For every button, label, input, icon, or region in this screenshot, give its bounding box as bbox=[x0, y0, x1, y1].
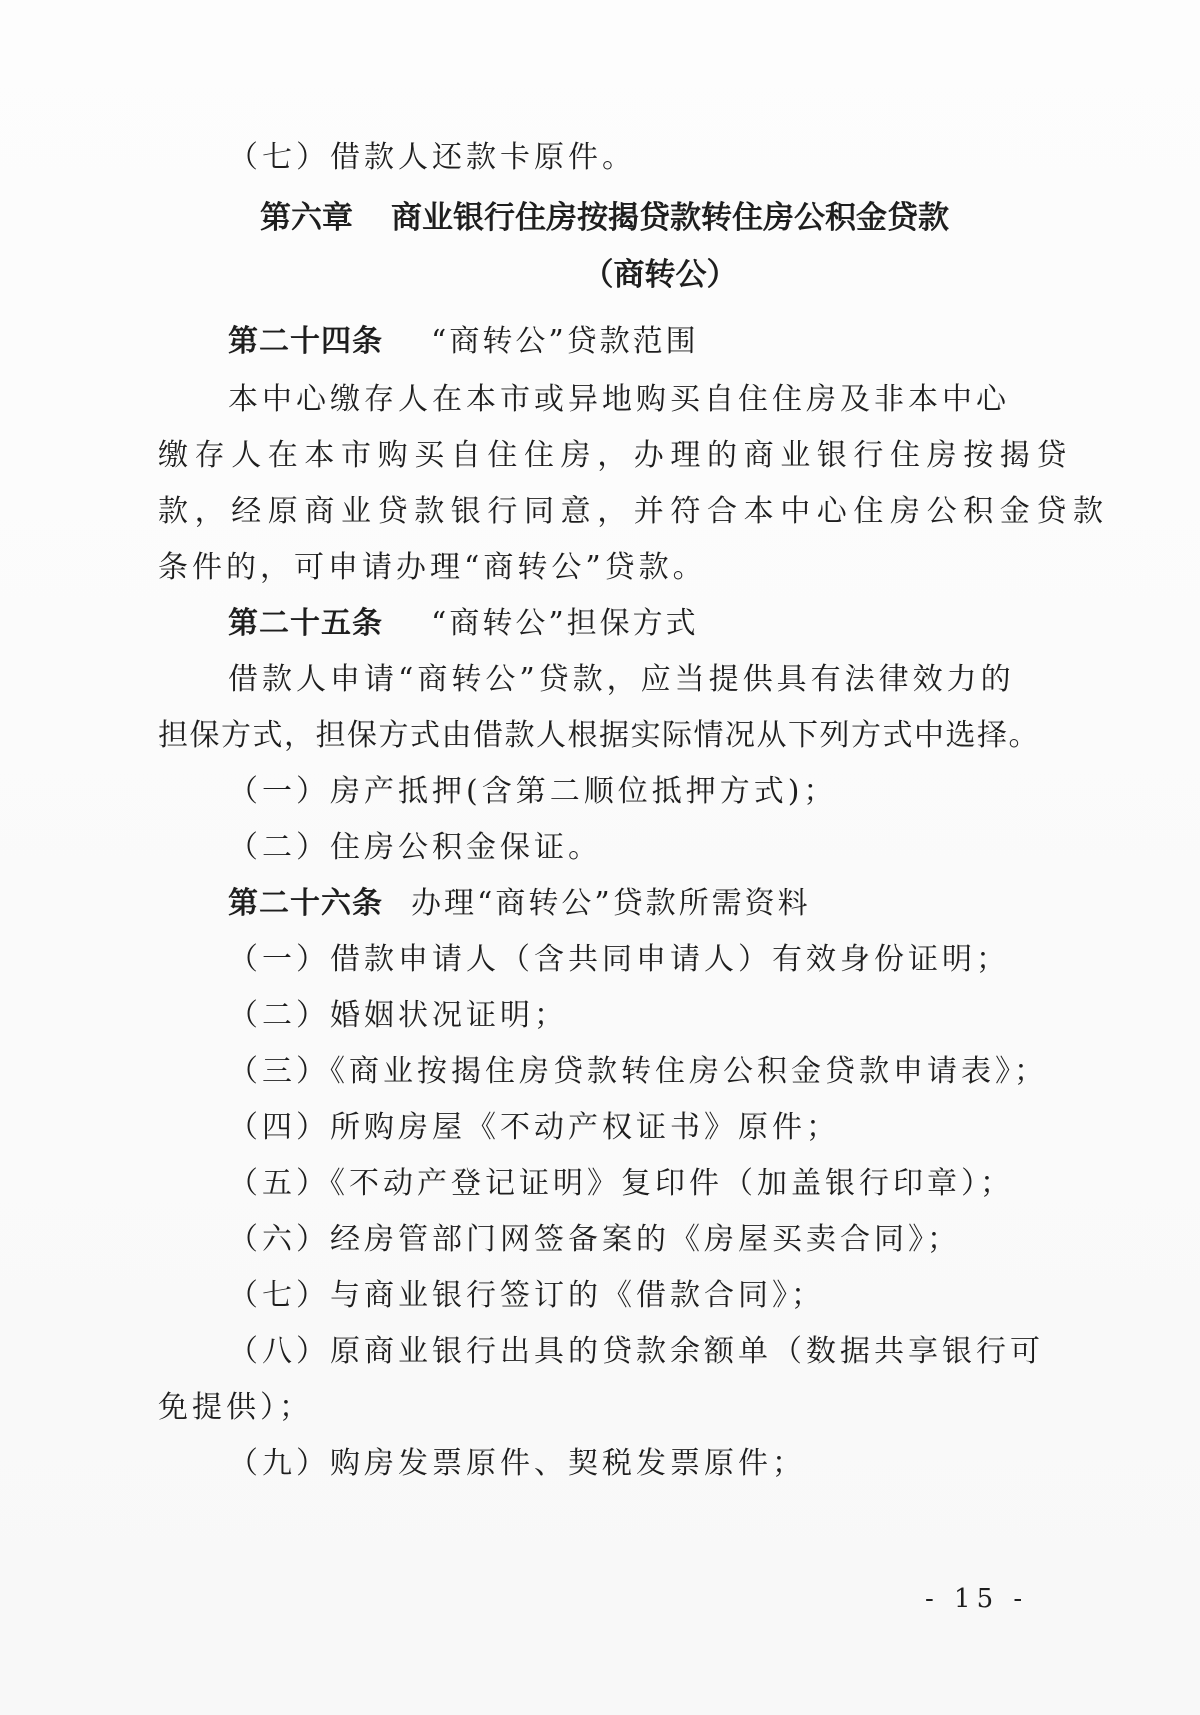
list-item: （五）《不动产登记证明》复印件（加盖银行印章）； bbox=[228, 1164, 1014, 1204]
list-item: （三）《商业按揭住房贷款转住房公积金贷款申请表》； bbox=[228, 1052, 1048, 1092]
list-item: （一）借款申请人（含共同申请人）有效身份证明； bbox=[228, 940, 1010, 980]
document-page: （七）借款人还款卡原件。 第六章商业银行住房按揭贷款转住房公积金贷款 （商转公）… bbox=[0, 0, 1200, 1715]
paragraph-line: 本中心缴存人在本市或异地购买自住住房及非本中心 bbox=[228, 380, 1010, 420]
list-item: （七）与商业银行签订的《借款合同》； bbox=[228, 1276, 825, 1316]
paragraph-line: 借款人申请“商转公”贷款，应当提供具有法律效力的 bbox=[228, 660, 1015, 700]
article-heading: 第二十五条“商转公”担保方式 bbox=[228, 604, 699, 644]
list-item: （四）所购房屋《不动产权证书》原件； bbox=[228, 1108, 840, 1148]
article-heading: 第二十六条办理“商转公”贷款所需资料 bbox=[228, 884, 811, 924]
chapter-heading: 第六章商业银行住房按揭贷款转住房公积金贷款 bbox=[260, 196, 949, 240]
page-number: - 15 - bbox=[925, 1584, 1028, 1614]
chapter-title: 商业银行住房按揭贷款转住房公积金贷款 bbox=[391, 200, 949, 236]
list-item: （九）购房发票原件、契税发票原件； bbox=[228, 1444, 806, 1484]
chapter-label: 第六章 bbox=[260, 200, 353, 236]
list-item: （一）房产抵押(含第二顺位抵押方式)； bbox=[228, 772, 837, 812]
article-number: 第二十六条 bbox=[228, 886, 383, 921]
paragraph-line: 条件的，可申请办理“商转公”贷款。 bbox=[158, 548, 707, 588]
article-title: 办理“商转公”贷款所需资料 bbox=[411, 886, 811, 921]
list-item: （二）婚姻状况证明； bbox=[228, 996, 568, 1036]
paragraph-line: 款，经原商业贷款银行同意，并符合本中心住房公积金贷款 bbox=[158, 492, 1038, 532]
chapter-subtitle: （商转公） bbox=[0, 253, 1200, 297]
list-item: （七）借款人还款卡原件。 bbox=[228, 138, 636, 178]
article-number: 第二十四条 bbox=[228, 324, 383, 359]
article-title: “商转公”贷款范围 bbox=[431, 324, 699, 359]
article-number: 第二十五条 bbox=[228, 606, 383, 641]
list-item-continuation: 免提供）； bbox=[158, 1388, 313, 1428]
paragraph-line: 担保方式，担保方式由借款人根据实际情况从下列方式中选择。 bbox=[158, 716, 1040, 756]
article-heading: 第二十四条“商转公”贷款范围 bbox=[228, 322, 699, 362]
paragraph-line: 缴存人在本市购买自住住房，办理的商业银行住房按揭贷 bbox=[158, 436, 1038, 476]
article-title: “商转公”担保方式 bbox=[431, 606, 699, 641]
list-item: （二）住房公积金保证。 bbox=[228, 828, 602, 868]
list-item: （八）原商业银行出具的贷款余额单（数据共享银行可 bbox=[228, 1332, 1044, 1372]
list-item: （六）经房管部门网签备案的《房屋买卖合同》； bbox=[228, 1220, 961, 1260]
